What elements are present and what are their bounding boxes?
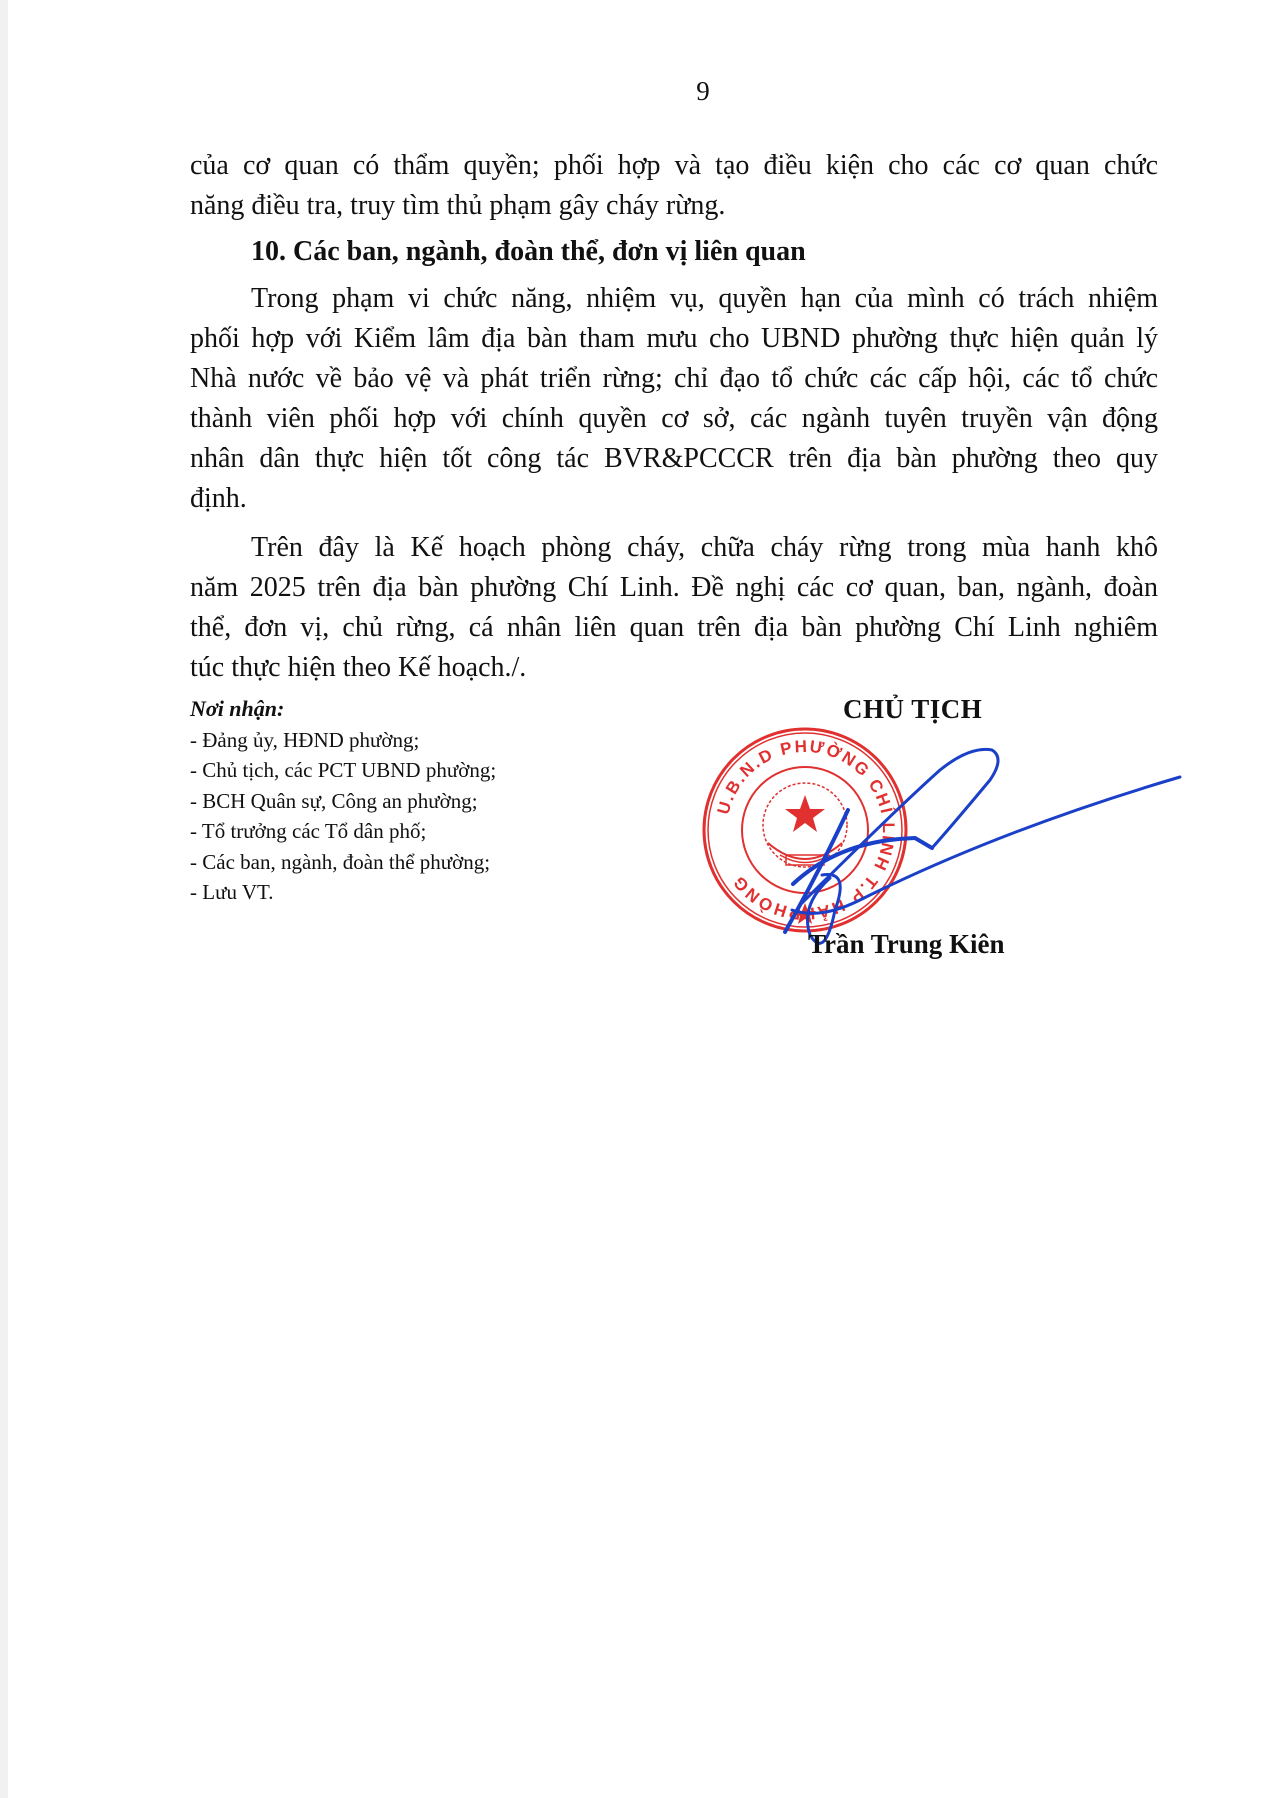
recipient-item: - BCH Quân sự, Công an phường; xyxy=(190,786,496,817)
text-line: phối hợp với Kiểm lâm địa bàn tham mưu c… xyxy=(190,319,1158,359)
page-number: 9 xyxy=(0,76,1269,107)
text-line: nhân dân thực hiện tốt công tác BVR&PCCC… xyxy=(190,439,1158,479)
section-paragraph: Trong phạm vi chức năng, nhiệm vụ, quyền… xyxy=(190,279,1158,519)
text-line: định. xyxy=(190,479,1158,519)
text-line: thể, đơn vị, chủ rừng, cá nhân liên quan… xyxy=(190,608,1158,648)
recipients-title: Nơi nhận: xyxy=(190,694,496,725)
recipient-item: - Lưu VT. xyxy=(190,877,496,908)
closing-paragraph: Trên đây là Kế hoạch phòng cháy, chữa ch… xyxy=(190,528,1158,688)
continuation-paragraph: của cơ quan có thẩm quyền; phối hợp và t… xyxy=(190,146,1158,226)
text-line: năng điều tra, truy tìm thủ phạm gây chá… xyxy=(190,186,1158,226)
section-heading: 10. Các ban, ngành, đoàn thể, đơn vị liê… xyxy=(251,232,806,272)
page-edge-shadow xyxy=(0,0,8,1798)
text-line: Trong phạm vi chức năng, nhiệm vụ, quyền… xyxy=(190,279,1158,319)
recipient-item: - Tổ trưởng các Tổ dân phố; xyxy=(190,816,496,847)
text-line: thành viên phối hợp với chính quyền cơ s… xyxy=(190,399,1158,439)
text-line: năm 2025 trên địa bàn phường Chí Linh. Đ… xyxy=(190,568,1158,608)
handwritten-signature-icon xyxy=(700,720,1200,950)
recipient-item: - Đảng ủy, HĐND phường; xyxy=(190,725,496,756)
text-line: của cơ quan có thẩm quyền; phối hợp và t… xyxy=(190,146,1158,186)
text-line: Trên đây là Kế hoạch phòng cháy, chữa ch… xyxy=(190,528,1158,568)
recipient-item: - Chủ tịch, các PCT UBND phường; xyxy=(190,755,496,786)
recipient-item: - Các ban, ngành, đoàn thể phường; xyxy=(190,847,496,878)
recipients-block: Nơi nhận: - Đảng ủy, HĐND phường; - Chủ … xyxy=(190,694,496,908)
text-line: túc thực hiện theo Kế hoạch./. xyxy=(190,648,1158,688)
signer-name: Trần Trung Kiên xyxy=(808,929,1005,960)
text-line: Nhà nước về bảo vệ và phát triển rừng; c… xyxy=(190,359,1158,399)
